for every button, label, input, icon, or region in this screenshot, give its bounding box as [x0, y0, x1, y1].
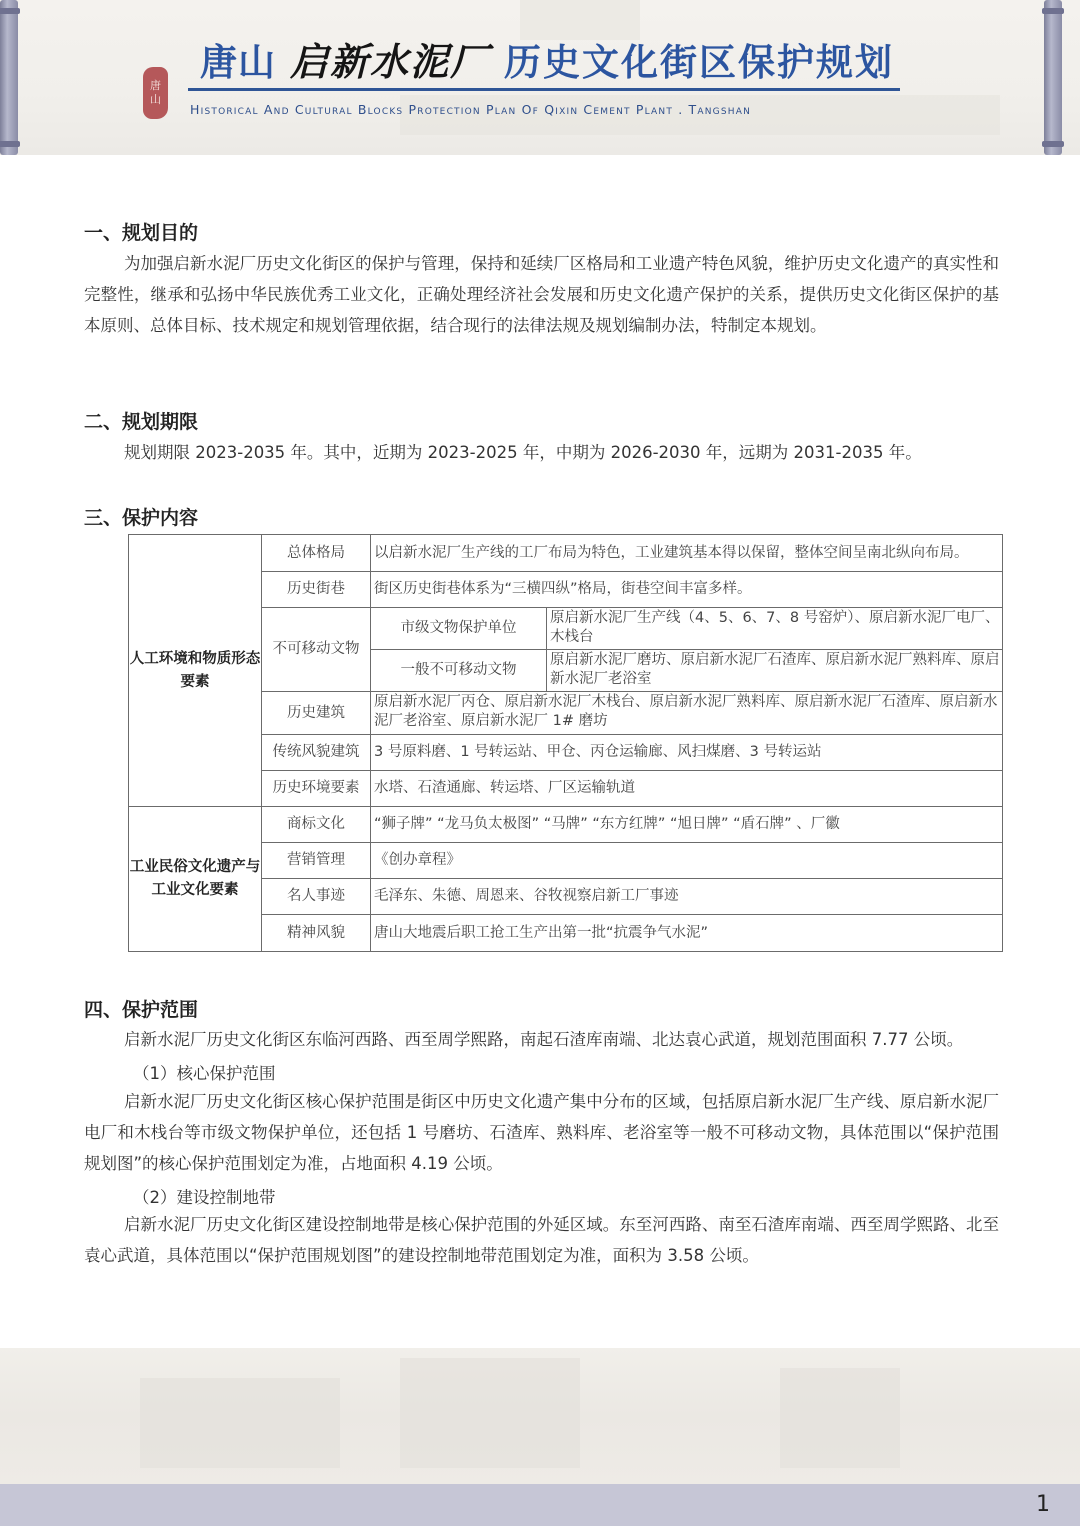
scroll-rod-right-icon — [1044, 0, 1062, 155]
footer-image-detail — [400, 1358, 580, 1468]
table-content-cell: 毛泽东、朱德、周恩来、谷牧视察启新工厂事迹 — [370, 878, 1003, 915]
title-plan-name: 历史文化街区保护规划 — [504, 32, 894, 86]
table-content-cell: 原启新水泥厂丙仓、原启新水泥厂木栈台、原启新水泥厂熟料库、原启新水泥厂石渣库、原… — [370, 691, 1003, 735]
table-content-cell: 水塔、石渣通廊、转运塔、厂区运输轨道 — [370, 770, 1003, 807]
table-category-cell: 营销管理 — [261, 842, 371, 879]
table-subcategory-cell: 市级文物保护单位 — [370, 607, 547, 650]
table-content-cell: 原启新水泥厂磨坊、原启新水泥厂石渣库、原启新水泥厂熟料库、原启新水泥厂老浴室 — [546, 649, 1003, 692]
seal-char: 山 — [150, 93, 161, 107]
paragraph-text: 规划期限 2023-2035 年。其中，近期为 2023-2025 年，中期为 … — [124, 443, 922, 462]
footer-image-detail — [780, 1368, 900, 1468]
table-group-label: 工业民俗文化遗产与工业文化要素 — [128, 806, 262, 952]
footer-bar: 1 — [0, 1484, 1080, 1526]
scroll-rod-left-icon — [0, 0, 18, 155]
page-number: 1 — [1036, 1492, 1050, 1517]
subsection-title-control: （2）建设控制地带 — [133, 1184, 276, 1208]
paragraph-text: 启新水泥厂历史文化街区东临河西路、西至周学熙路，南起石渣库南端、北达袁心武道，规… — [124, 1030, 963, 1049]
section-paragraph-core: 启新水泥厂历史文化街区核心保护范围是街区中历史文化遗产集中分布的区域，包括原启新… — [84, 1086, 999, 1179]
title-city: 唐山 — [200, 32, 276, 86]
table-content-cell: 《创办章程》 — [370, 842, 1003, 879]
header-banner: 唐 山 唐山 启新水泥厂 历史文化街区保护规划 Historical And C… — [0, 0, 1080, 155]
table-category-cell: 传统风貌建筑 — [261, 734, 371, 771]
english-subtitle: Historical And Cultural Blocks Protectio… — [190, 102, 751, 117]
table-content-cell: 3 号原料磨、1 号转运站、甲仓、丙仓运输廊、风扫煤磨、3 号转运站 — [370, 734, 1003, 771]
table-content-cell: 原启新水泥厂生产线（4、5、6、7、8 号窑炉）、原启新水泥厂电厂、木栈台 — [546, 607, 1003, 650]
footer-image-detail — [140, 1378, 340, 1468]
section-paragraph-control: 启新水泥厂历史文化街区建设控制地带是核心保护范围的外延区域。东至河西路、南至石渣… — [84, 1209, 999, 1271]
table-content-cell: 以启新水泥厂生产线的工厂布局为特色，工业建筑基本得以保留，整体空间呈南北纵向布局… — [370, 534, 1003, 572]
table-category-cell: 精神风貌 — [261, 914, 371, 952]
table-group-label: 人工环境和物质形态要素 — [128, 534, 262, 807]
table-category-cell: 历史建筑 — [261, 691, 371, 735]
table-category-cell: 总体格局 — [261, 534, 371, 572]
section-paragraph-purpose: 为加强启新水泥厂历史文化街区的保护与管理，保持和延续厂区格局和工业遗产特色风貌，… — [84, 248, 999, 341]
document-title: 唐山 启新水泥厂 历史文化街区保护规划 — [200, 36, 894, 86]
paragraph-text: 启新水泥厂历史文化街区核心保护范围是街区中历史文化遗产集中分布的区域，包括原启新… — [84, 1092, 999, 1173]
table-content-cell: “狮子牌” “龙马负太极图” “马牌” “东方红牌” “旭日牌” “盾石牌” 、… — [370, 806, 1003, 843]
table-category-cell: 名人事迹 — [261, 878, 371, 915]
table-category-cell: 历史环境要素 — [261, 770, 371, 807]
paragraph-text: 为加强启新水泥厂历史文化街区的保护与管理，保持和延续厂区格局和工业遗产特色风貌，… — [84, 254, 999, 335]
section-title-content: 三、保护内容 — [84, 503, 198, 530]
footer-background-image — [0, 1348, 1080, 1484]
seal-stamp-icon: 唐 山 — [143, 67, 168, 119]
title-divider — [188, 88, 900, 91]
table-content-cell: 街区历史街巷体系为“三横四纵”格局，街巷空间丰富多样。 — [370, 571, 1003, 608]
table-category-cell: 不可移动文物 — [261, 607, 371, 692]
protection-content-table: 人工环境和物质形态要素 总体格局 以启新水泥厂生产线的工厂布局为特色，工业建筑基… — [128, 534, 1003, 952]
table-category-cell: 商标文化 — [261, 806, 371, 843]
seal-char: 唐 — [150, 79, 161, 93]
title-plant-name: 启新水泥厂 — [290, 31, 490, 86]
section-title-period: 二、规划期限 — [84, 407, 198, 434]
table-content-cell: 唐山大地震后职工抢工生产出第一批“抗震争气水泥” — [370, 914, 1003, 952]
section-title-purpose: 一、规划目的 — [84, 218, 198, 245]
section-title-scope: 四、保护范围 — [84, 995, 198, 1022]
section-paragraph-scope-intro: 启新水泥厂历史文化街区东临河西路、西至周学熙路，南起石渣库南端、北达袁心武道，规… — [84, 1024, 999, 1055]
paragraph-text: 启新水泥厂历史文化街区建设控制地带是核心保护范围的外延区域。东至河西路、南至石渣… — [84, 1215, 999, 1265]
table-category-cell: 历史街巷 — [261, 571, 371, 608]
table-subcategory-cell: 一般不可移动文物 — [370, 649, 547, 692]
subsection-title-core: （1）核心保护范围 — [133, 1060, 276, 1084]
section-paragraph-period: 规划期限 2023-2035 年。其中，近期为 2023-2025 年，中期为 … — [84, 437, 999, 468]
